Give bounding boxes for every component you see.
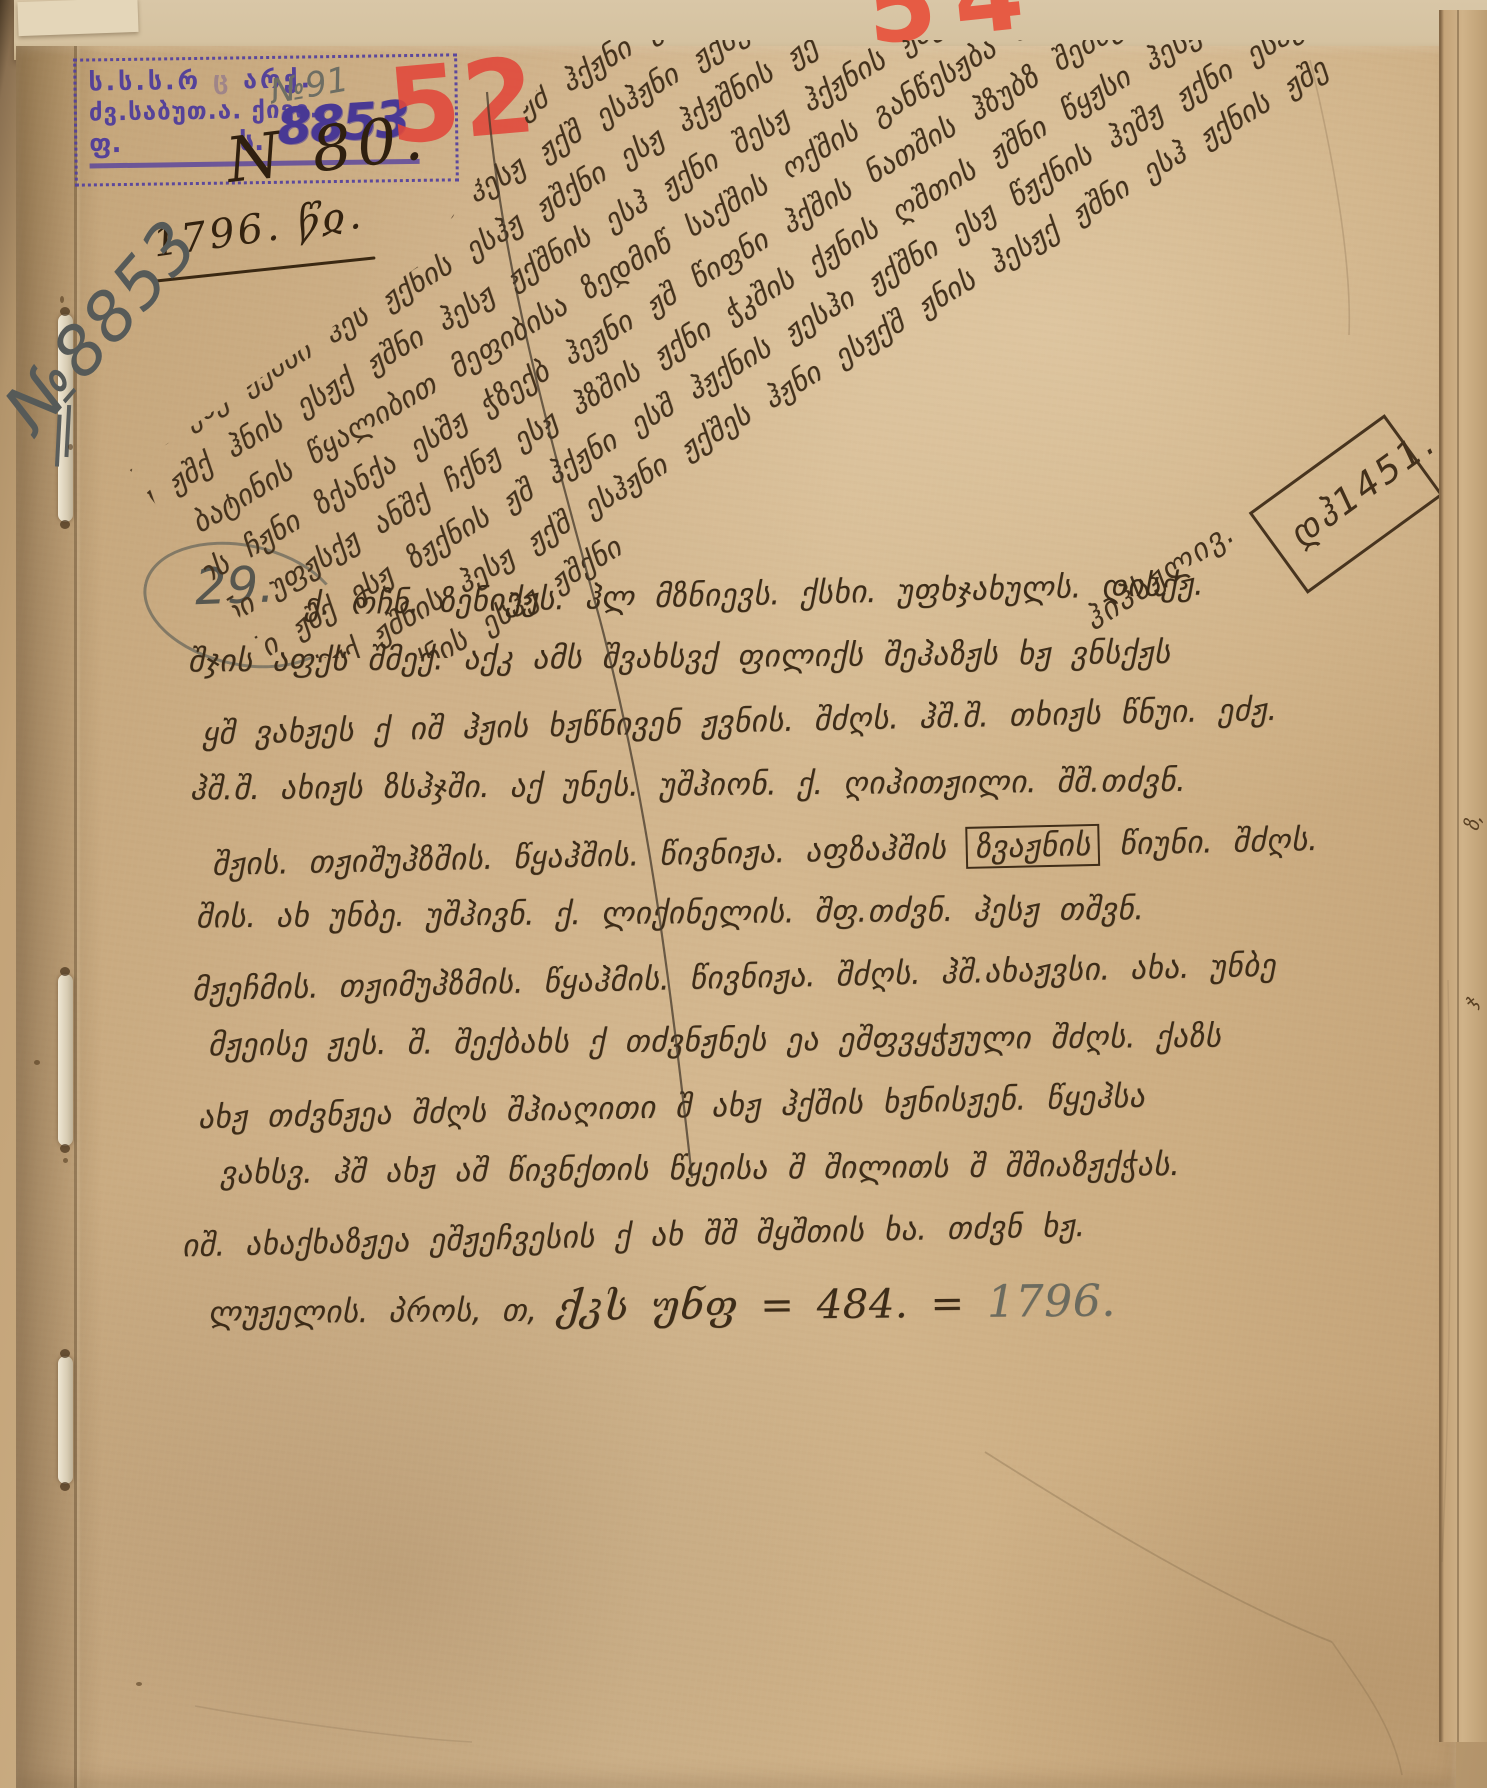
paper-speck [68, 444, 73, 450]
handwriting-final-line-with-date: ლუჟელის. პროს, თ, ქკს უნფ = 484. = 1796. [208, 1273, 1447, 1348]
line-segment: ლუჟელის. პროს, თ, [208, 1292, 557, 1331]
document-page: ს.ს.ს.რ ც არქ. ძვ.საბუთ.ა. ქივი. ფ. ს. 8… [16, 46, 1456, 1788]
paper-speck [60, 296, 64, 303]
paper-speck [136, 1682, 142, 1686]
binding-thread-stitch [58, 1356, 73, 1484]
stamp-text-faded: ც [213, 65, 232, 94]
stamp-fond-label: ფ. [89, 129, 121, 159]
boxed-word: ზვაჟნის [965, 824, 1100, 869]
scanned-archive-page: 54 ს.ს.ს.რ ც არქ. ძვ.საბუთ.ა. ქივი. ფ. ს… [0, 0, 1487, 1788]
paper-speck [34, 1060, 40, 1065]
line-segment: შჟის. თჟიშუჰზშის. წყაჰშის. წივნიჟა. აფზა… [212, 830, 967, 883]
page-edge-strip: ზ, ჯ [1439, 10, 1487, 1742]
stamp-text-sssr: ს.ს.ს.რ [88, 66, 201, 97]
page-edge-line [1457, 10, 1459, 1742]
paper-scrap-top-left [17, 0, 138, 36]
binding-thread-stitch [58, 974, 73, 1146]
edge-ink-mark: ზ, [1459, 810, 1487, 834]
main-handwriting-paragraph: ქ. რჩნ. ზენიქჟს. ჰლ მზნიევს. ქსხი. უფხჯა… [166, 574, 1446, 1342]
edge-ink-mark: ჯ [1457, 994, 1483, 1011]
paper-speck [63, 1158, 68, 1163]
line-segment: წიუნი. შძღს. [1099, 822, 1318, 863]
pencil-year-1796: 1796. [987, 1275, 1116, 1327]
paper-speck [576, 236, 581, 240]
chronicon-number-484: ქკს უნფ = 484. = [557, 1281, 987, 1331]
